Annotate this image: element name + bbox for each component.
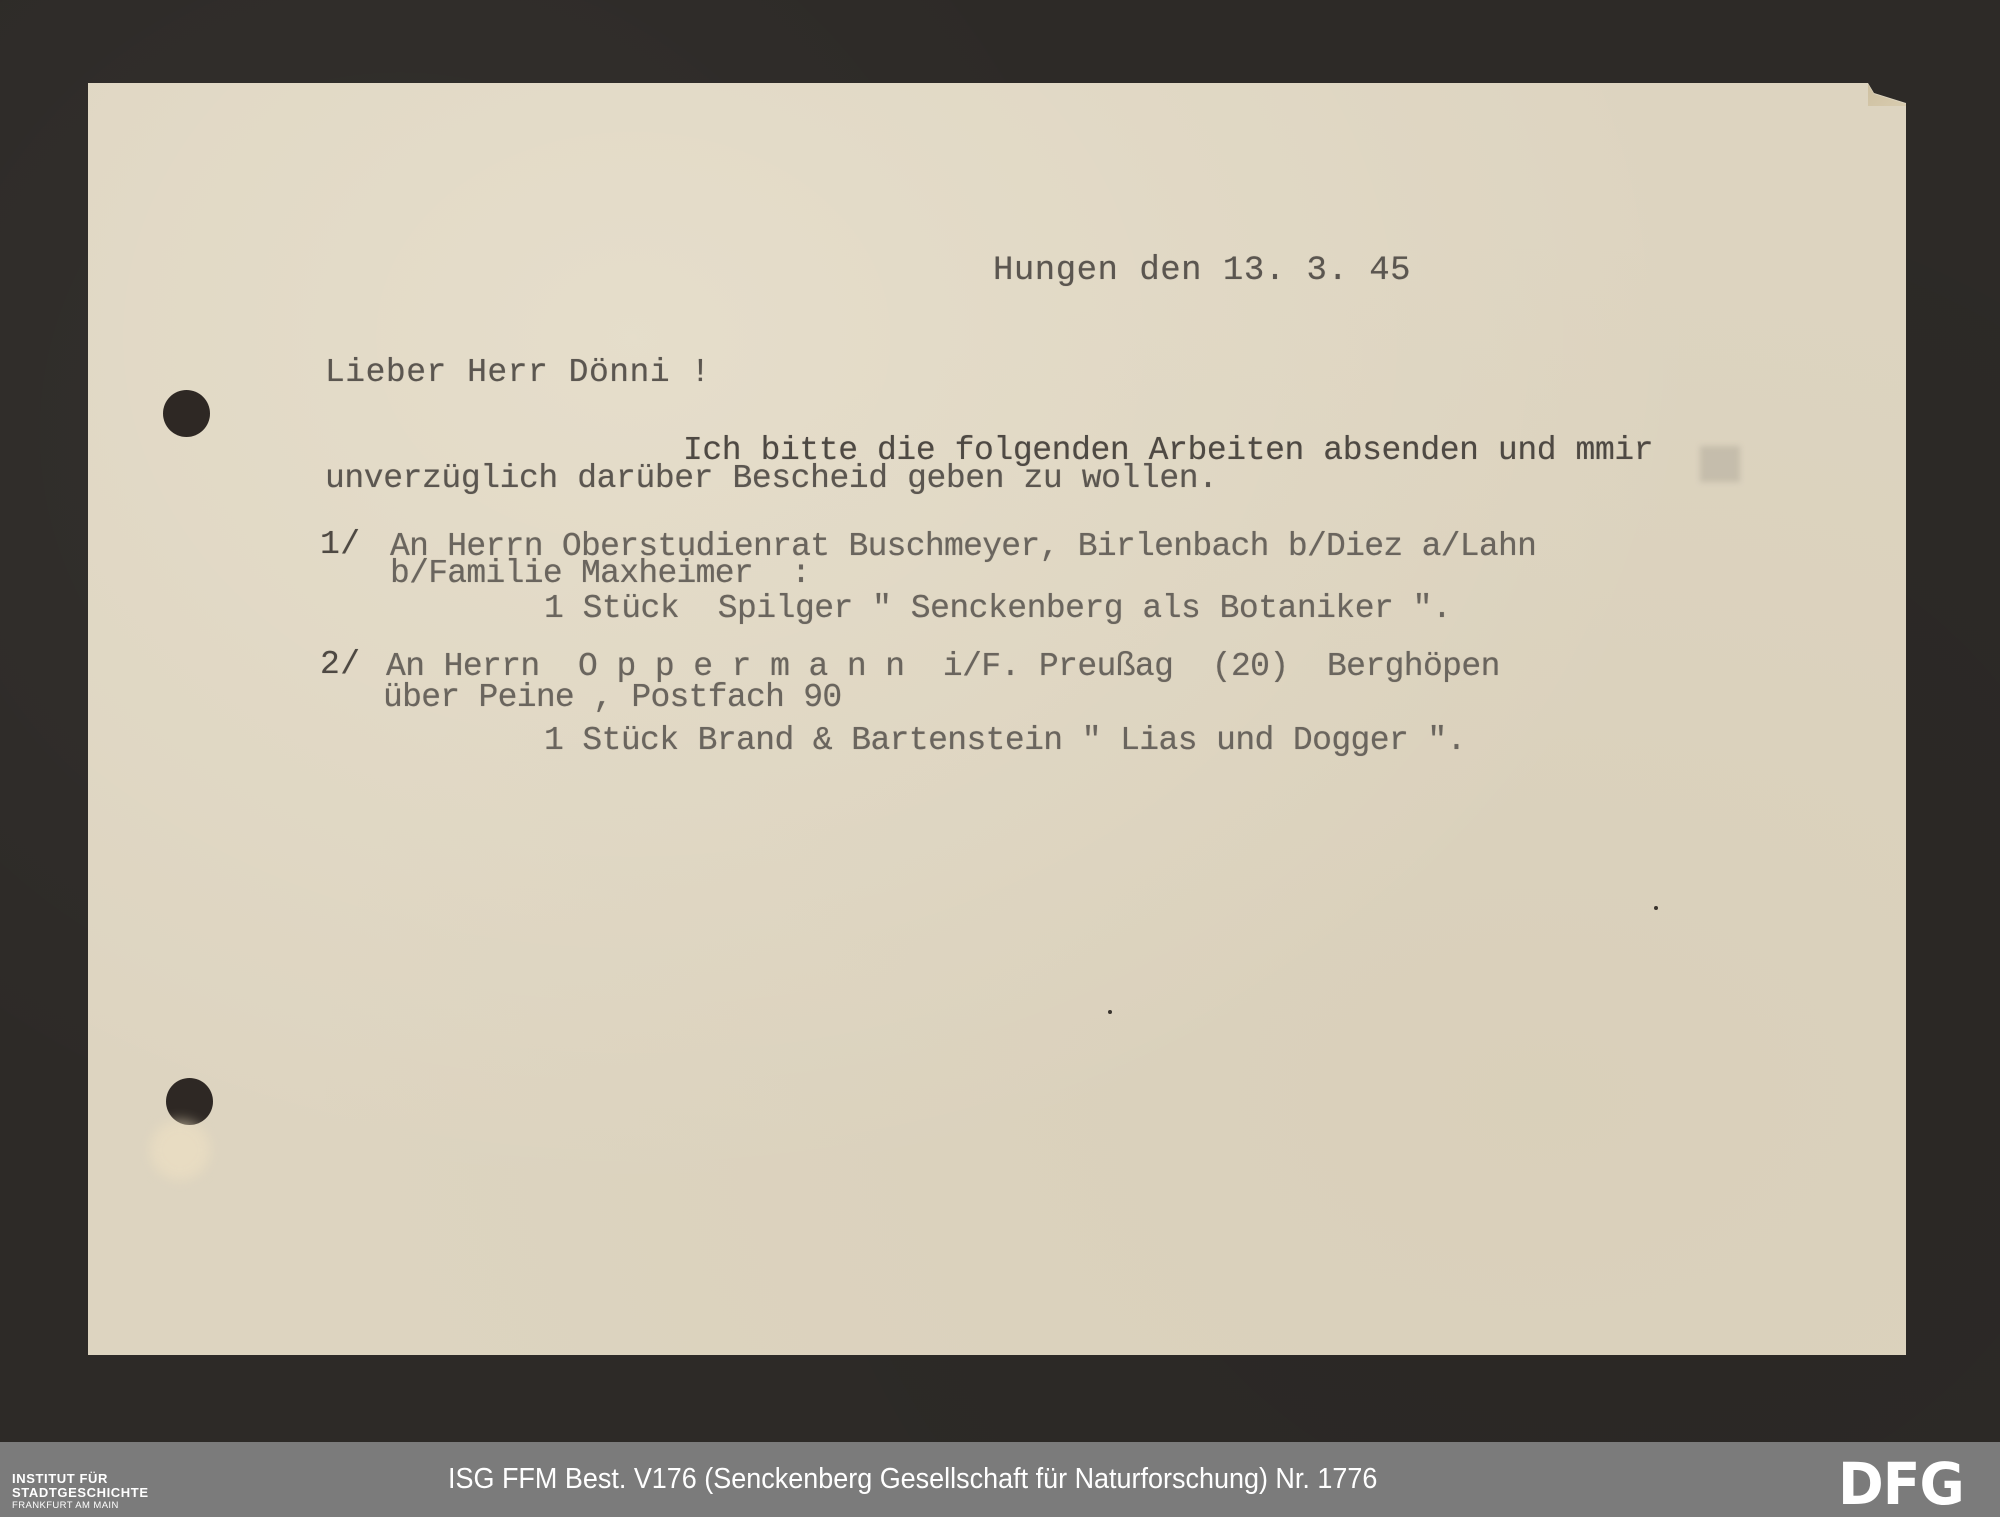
- item-1-recipient-line-2: b/Familie Maxheimer :: [390, 557, 810, 590]
- item-2-shipment: 1 Stück Brand & Bartenstein " Lias und D…: [544, 724, 1466, 757]
- place-date: Hungen den 13. 3. 45: [993, 254, 1411, 288]
- item-2-number: 2/: [320, 648, 361, 681]
- item-2-recipient-line-2: über Peine , Postfach 90: [383, 681, 841, 714]
- typing-correction-smudge: [1700, 446, 1740, 482]
- salutation: Lieber Herr Dönni !: [325, 356, 711, 389]
- punch-hole-top: [163, 390, 210, 437]
- punch-hole-bottom: [166, 1078, 213, 1125]
- archive-reference-caption: ISG FFM Best. V176 (Senckenberg Gesellsc…: [448, 1460, 1377, 1498]
- paper-speck: [1108, 1010, 1112, 1014]
- item-1-shipment: 1 Stück Spilger " Senckenberg als Botani…: [544, 592, 1451, 625]
- institution-logo: INSTITUT FÜR STADTGESCHICHTE FRANKFURT A…: [12, 1472, 149, 1512]
- institution-city: FRANKFURT AM MAIN: [12, 1500, 149, 1512]
- institution-name-line-1: INSTITUT FÜR: [12, 1472, 149, 1486]
- institution-name-line-2: STADTGESCHICHTE: [12, 1486, 149, 1500]
- body-line-2: unverzüglich darüber Bescheid geben zu w…: [325, 462, 1218, 495]
- archive-footer-bar: INSTITUT FÜR STADTGESCHICHTE FRANKFURT A…: [0, 1442, 2000, 1517]
- scan-background: Hungen den 13. 3. 45 Lieber Herr Dönni !…: [0, 0, 2000, 1442]
- folded-corner: [1868, 84, 1906, 106]
- paper-stain: [150, 1120, 210, 1180]
- item-1-number: 1/: [320, 528, 361, 561]
- dfg-logo: DFG: [1838, 1456, 1964, 1512]
- paper-speck: [1654, 906, 1658, 910]
